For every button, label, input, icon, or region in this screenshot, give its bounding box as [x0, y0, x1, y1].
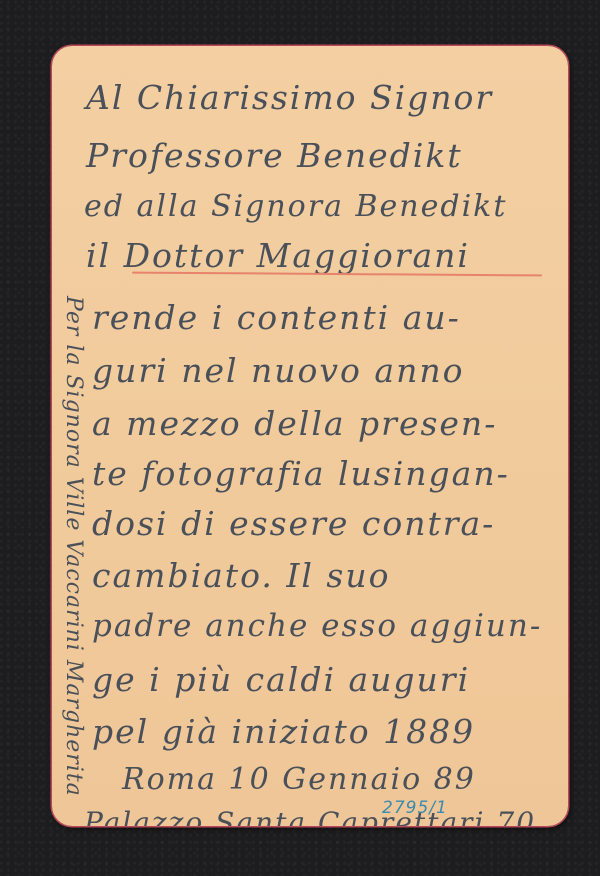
vertical-margin-note: Per la Signora Ville Vaccarini Margherit…	[61, 296, 86, 797]
text-line-4: il Dottor Maggiorani	[86, 236, 470, 275]
text-line-5: rende i contenti au-	[92, 298, 461, 337]
text-line-2: Professore Benedikt	[86, 136, 463, 175]
text-line-6: guri nel nuovo anno	[92, 351, 464, 390]
date-line: Roma 10 Gennaio 89	[122, 762, 476, 797]
catalog-number: 2795/1	[382, 798, 448, 818]
text-line-9: dosi di essere contra-	[92, 504, 495, 543]
text-line-10: cambiato. Il suo	[92, 556, 390, 595]
address-line: Palazzo Santa Caprettari 70	[84, 806, 536, 826]
text-line-1: Al Chiarissimo Signor	[86, 78, 493, 117]
handwritten-card: Al Chiarissimo Signor Professore Benedik…	[52, 46, 568, 826]
text-line-12: ge i più caldi auguri	[92, 660, 470, 699]
text-line-11: padre anche esso aggiun-	[92, 608, 542, 644]
text-line-13: pel già iniziato 1889	[92, 712, 475, 751]
red-underline	[132, 272, 542, 277]
text-line-8: te fotografia lusingan-	[92, 454, 510, 493]
text-line-7: a mezzo della presen-	[92, 404, 497, 443]
text-line-3: ed alla Signora Benedikt	[84, 189, 507, 224]
